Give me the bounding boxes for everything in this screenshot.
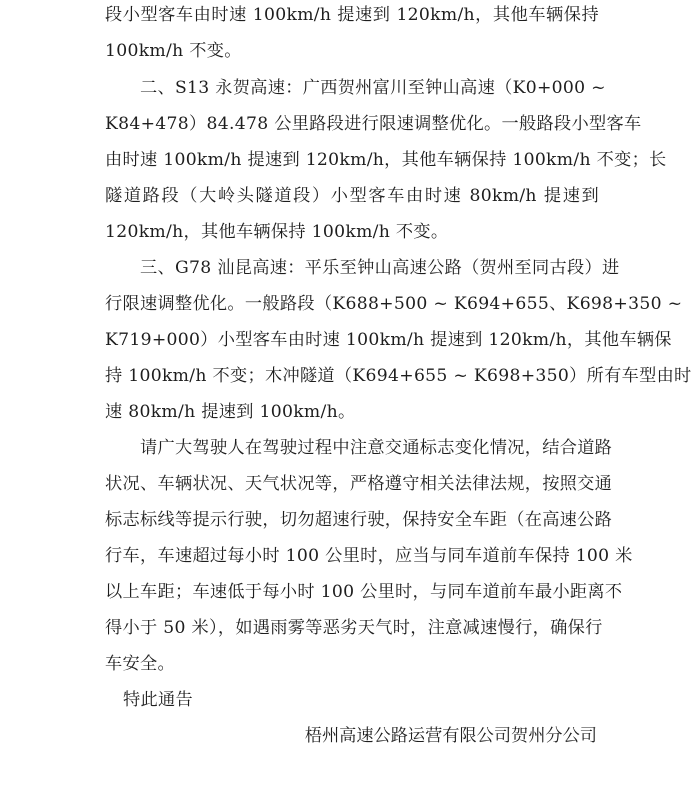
signature-block: 梧州高速公路运营有限公司贺州分公司: [0, 0, 597, 798]
signatory-1: 梧州高速公路运营有限公司贺州分公司: [305, 725, 597, 747]
